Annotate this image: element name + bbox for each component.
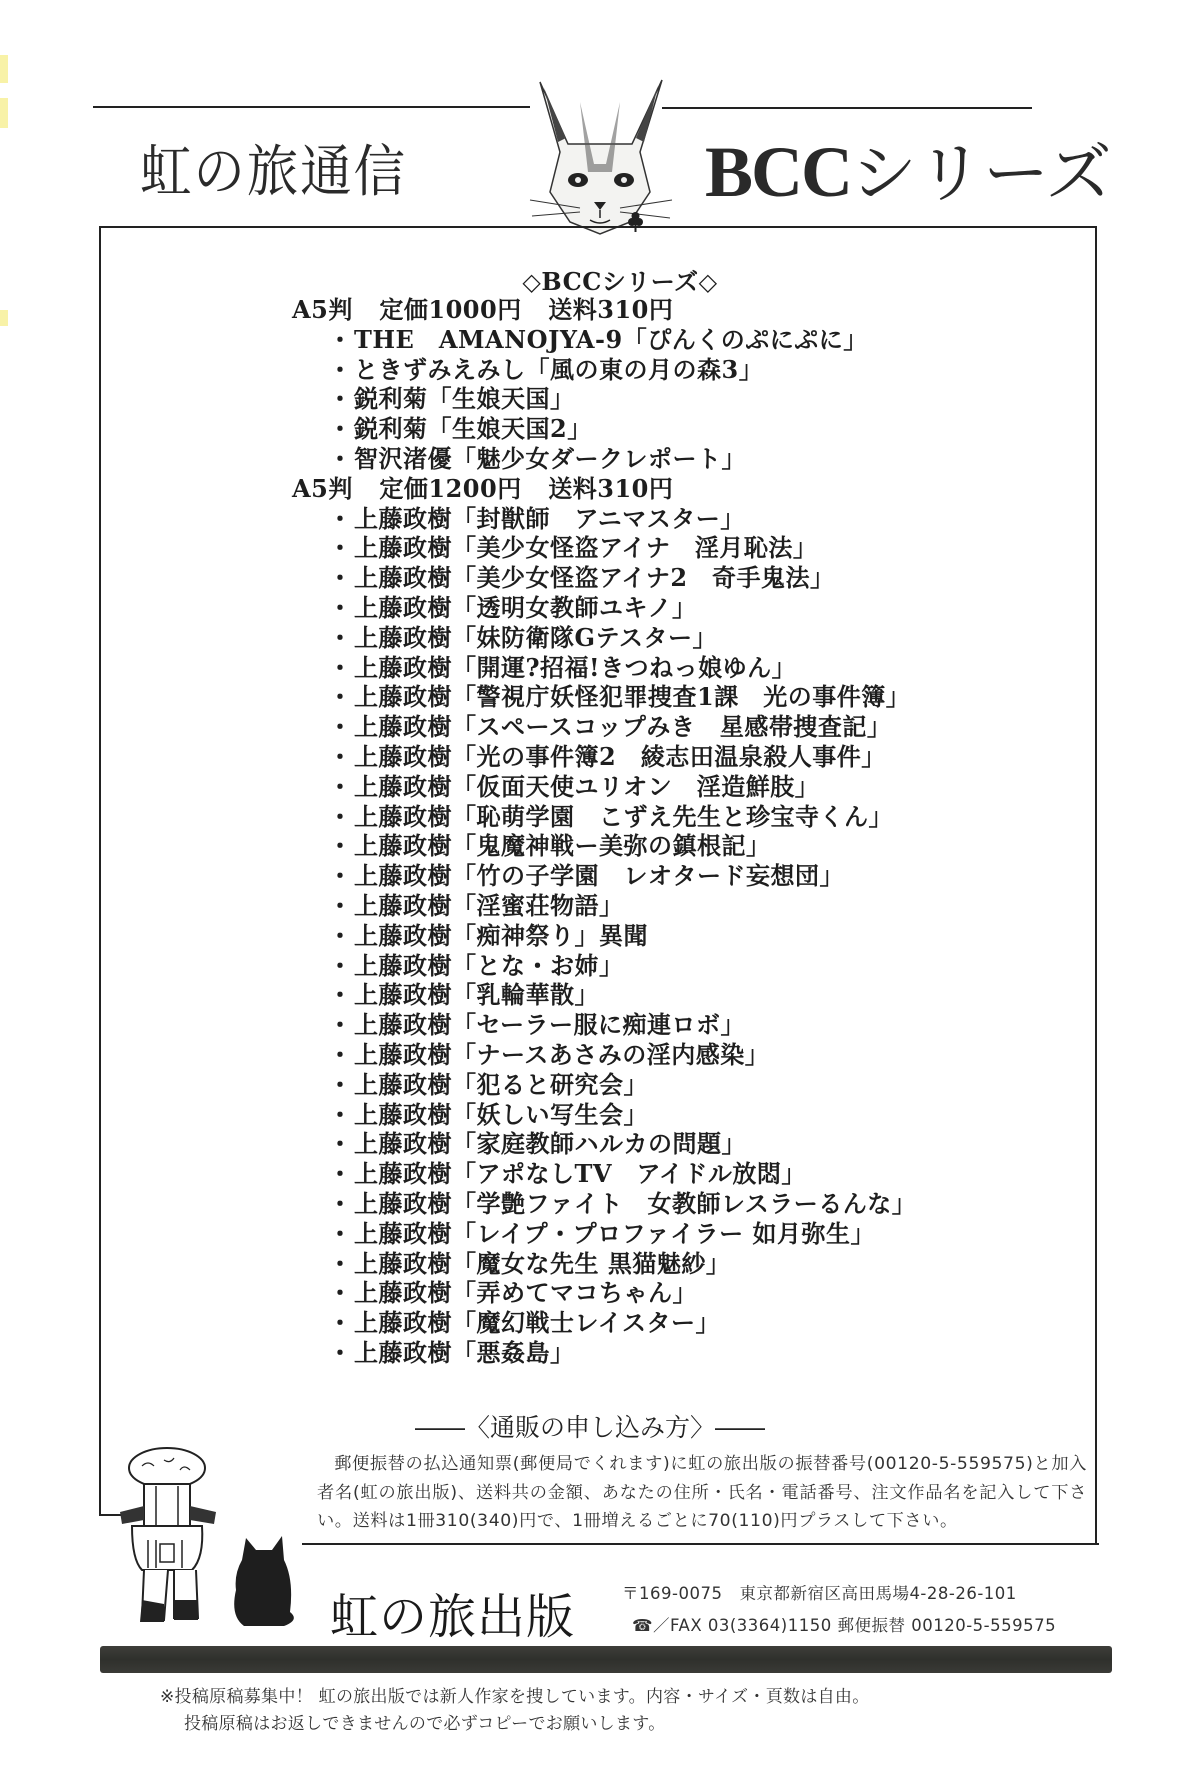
list-item: ・上藤政樹「封獣師 アニマスター」: [292, 504, 916, 534]
list-item: ・上藤政樹「仮面天使ユリオン 淫造鮮肢」: [292, 772, 916, 802]
list-item: ・上藤政樹「家庭教師ハルカの問題」: [292, 1129, 916, 1159]
publisher-name: 虹の旅出版: [330, 1578, 575, 1647]
box-gap: [97, 1516, 105, 1546]
bullet-icon: ・: [328, 891, 354, 921]
divider-bar: [100, 1646, 1112, 1673]
group-price: 定価1200円: [379, 474, 521, 503]
list-item: ・上藤政樹「妹防衛隊Gテスター」: [292, 623, 916, 653]
group-shipping: 送料310円: [548, 474, 673, 503]
list-item: ・上藤政樹「アポなしTV アイドル放悶」: [292, 1159, 916, 1189]
submission-notice-line-1: ※投稿原稿募集中！ 虹の旅出版では新人作家を捜しています。内容・サイズ・頁数は自…: [160, 1684, 1120, 1711]
bullet-icon: ・: [328, 1100, 354, 1130]
series-title: ◇BCCシリーズ◇: [0, 262, 1200, 297]
bullet-icon: ・: [328, 414, 354, 444]
bullet-icon: ・: [328, 921, 354, 951]
list-item: ・上藤政樹「竹の子学園 レオタード妄想団」: [292, 861, 916, 891]
group-header: A5判 定価1000円 送料310円: [292, 295, 916, 325]
character-with-cat-illustration: [112, 1440, 312, 1640]
list-item: ・鋭利菊「生娘天国」: [292, 384, 916, 414]
list-item: ・上藤政樹「透明女教師ユキノ」: [292, 593, 916, 623]
series-heading: BCCシリーズ: [705, 120, 1112, 215]
bullet-icon: ・: [328, 951, 354, 981]
order-instructions-text: 郵便振替の払込通知票(郵便局でくれます)に虹の旅出版の振替番号(00120-5-…: [317, 1450, 1087, 1536]
bullet-icon: ・: [328, 593, 354, 623]
catalog-list: A5判 定価1000円 送料310円 ・THE AMANOJYA-9「ぴんくのぷ…: [292, 295, 916, 1368]
submission-notice-line-2: 投稿原稿はお返しできませんので必ずコピーでお願いします。: [160, 1711, 1120, 1738]
bullet-icon: ・: [328, 1219, 354, 1249]
bullet-icon: ・: [328, 653, 354, 683]
list-item: ・上藤政樹「開運?招福!きつねっ娘ゆん」: [292, 653, 916, 683]
bullet-icon: ・: [328, 1040, 354, 1070]
list-item: ・上藤政樹「警視庁妖怪犯罪捜査1課 光の事件簿」: [292, 682, 916, 712]
list-item: ・上藤政樹「乳輪華散」: [292, 980, 916, 1010]
bullet-icon: ・: [328, 504, 354, 534]
list-item: ・上藤政樹「弄めてマコちゃん」: [292, 1278, 916, 1308]
series-heading-latin: BCC: [705, 132, 851, 212]
cat-head-sketch-icon: [520, 72, 680, 242]
bullet-icon: ・: [328, 1278, 354, 1308]
group-format: A5判: [292, 295, 353, 324]
bullet-icon: ・: [328, 861, 354, 891]
group-price: 定価1000円: [379, 295, 521, 324]
newsletter-title: 虹の旅通信: [140, 128, 407, 208]
group-format: A5判: [292, 474, 353, 503]
scan-stain: [0, 98, 8, 128]
list-item: ・上藤政樹「光の事件簿2 綾志田温泉殺人事件」: [292, 742, 916, 772]
bullet-icon: ・: [328, 802, 354, 832]
list-item: ・上藤政樹「美少女怪盗アイナ2 奇手鬼法」: [292, 563, 916, 593]
list-item: ・上藤政樹「学艶ファイト 女教師レスラーるんな」: [292, 1189, 916, 1219]
list-item: ・上藤政樹「魔幻戦士レイスター」: [292, 1308, 916, 1338]
list-item: ・上藤政樹「ナースあさみの淫内感染」: [292, 1040, 916, 1070]
list-item: ・上藤政樹「レイプ・プロファイラー 如月弥生」: [292, 1219, 916, 1249]
publisher-address: 〒169-0075 東京都新宿区高田馬場4-28-26-101: [622, 1580, 1017, 1604]
order-instructions-body: 郵便振替の払込通知票(郵便局でくれます)に虹の旅出版の振替番号(00120-5-…: [317, 1450, 1087, 1536]
list-item: ・上藤政樹「とな・お姉」: [292, 951, 916, 981]
submission-notice: ※投稿原稿募集中！ 虹の旅出版では新人作家を捜しています。内容・サイズ・頁数は自…: [160, 1684, 1120, 1738]
list-item: ・上藤政樹「犯ると研究会」: [292, 1070, 916, 1100]
list-item: ・上藤政樹「セーラー服に痴連ロボ」: [292, 1010, 916, 1040]
list-item: ・上藤政樹「魔女な先生 黒猫魅紗」: [292, 1249, 916, 1279]
header-rule-right: [662, 107, 1032, 109]
list-item: ・ときずみえみし「風の東の月の森3」: [292, 355, 916, 385]
header-rule-left: [93, 106, 530, 108]
list-item: ・上藤政樹「恥萌学園 こずえ先生と珍宝寺くん」: [292, 802, 916, 832]
bullet-icon: ・: [328, 712, 354, 742]
list-item: ・上藤政樹「痴神祭り」異聞: [292, 921, 916, 951]
list-item: ・上藤政樹「美少女怪盗アイナ 淫月恥法」: [292, 533, 916, 563]
group-header: A5判 定価1200円 送料310円: [292, 474, 916, 504]
bullet-icon: ・: [328, 623, 354, 653]
bullet-icon: ・: [328, 1249, 354, 1279]
bullet-icon: ・: [328, 533, 354, 563]
bullet-icon: ・: [328, 742, 354, 772]
bullet-icon: ・: [328, 1189, 354, 1219]
bullet-icon: ・: [328, 682, 354, 712]
bullet-icon: ・: [328, 384, 354, 414]
bullet-icon: ・: [328, 772, 354, 802]
list-item: ・上藤政樹「悪姦島」: [292, 1338, 916, 1368]
series-heading-kana: シリーズ: [851, 135, 1112, 212]
box-bottom-rule: [302, 1543, 1099, 1545]
order-instructions-title: ――〈通販の申し込み方〉――: [415, 1408, 765, 1444]
bullet-icon: ・: [328, 1338, 354, 1368]
bullet-icon: ・: [328, 1129, 354, 1159]
bullet-icon: ・: [328, 563, 354, 593]
bullet-icon: ・: [328, 325, 354, 355]
bullet-icon: ・: [328, 1159, 354, 1189]
scan-stain: [0, 310, 8, 326]
list-item: ・上藤政樹「鬼魔神戦ー美弥の鎮根記」: [292, 831, 916, 861]
list-item: ・上藤政樹「淫蜜荘物語」: [292, 891, 916, 921]
list-item: ・鋭利菊「生娘天国2」: [292, 414, 916, 444]
publisher-contact: ☎／FAX 03(3364)1150 郵便振替 00120-5-559575: [632, 1612, 1056, 1636]
bullet-icon: ・: [328, 1308, 354, 1338]
bullet-icon: ・: [328, 1010, 354, 1040]
list-item: ・智沢渚優「魅少女ダークレポート」: [292, 444, 916, 474]
list-item: ・上藤政樹「妖しい写生会」: [292, 1100, 916, 1130]
group-shipping: 送料310円: [548, 295, 673, 324]
list-item: ・THE AMANOJYA-9「ぴんくのぷにぷに」: [292, 325, 916, 355]
list-item: ・上藤政樹「スペースコップみき 星感帯捜査記」: [292, 712, 916, 742]
bullet-icon: ・: [328, 444, 354, 474]
bullet-icon: ・: [328, 355, 354, 385]
scan-stain: [0, 55, 8, 83]
bullet-icon: ・: [328, 831, 354, 861]
bullet-icon: ・: [328, 1070, 354, 1100]
bullet-icon: ・: [328, 980, 354, 1010]
